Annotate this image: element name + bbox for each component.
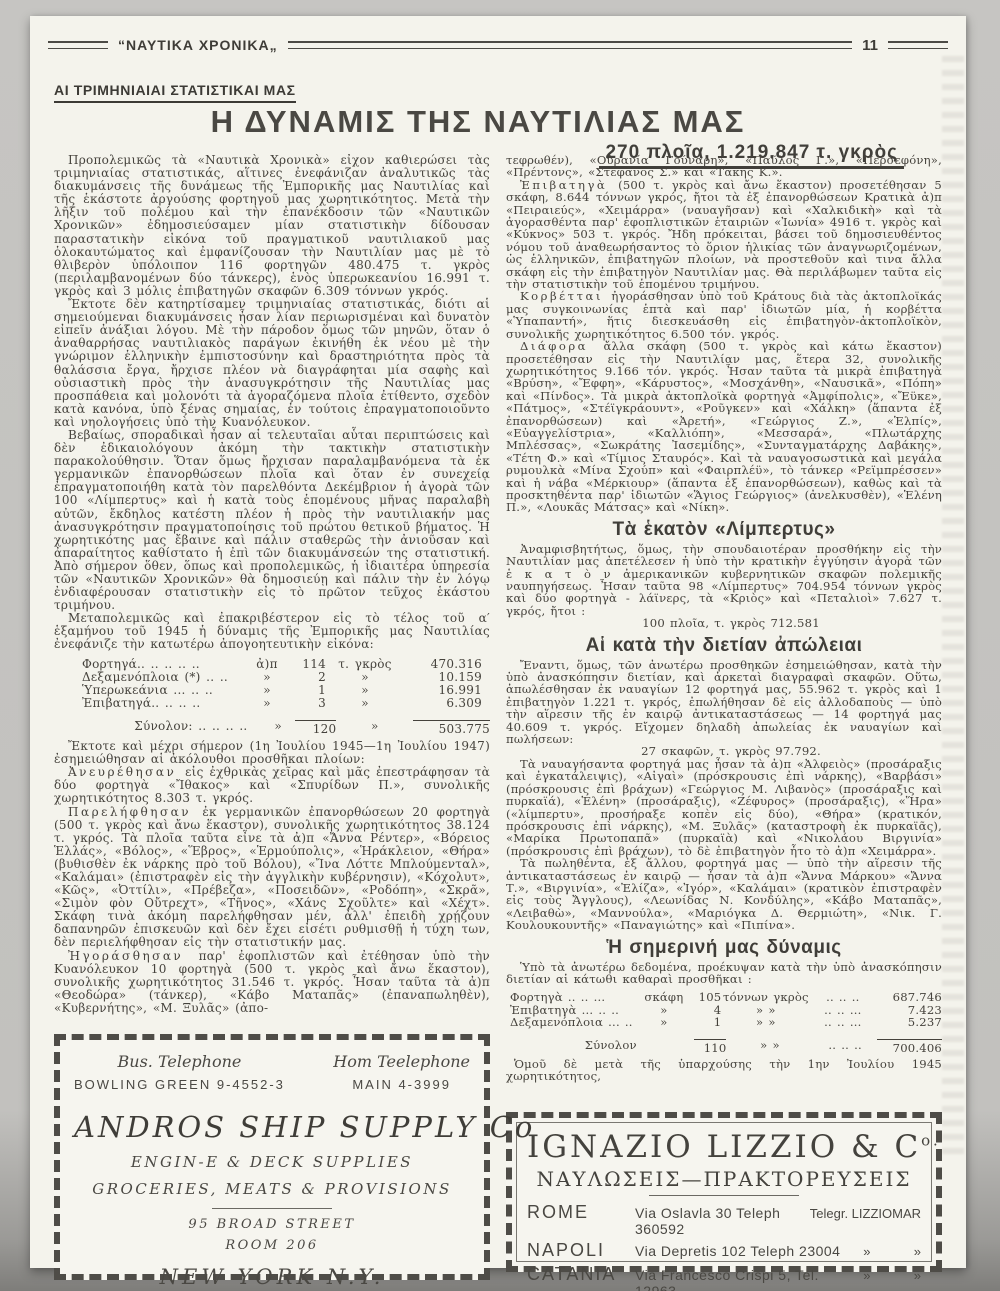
advertiser-name: IGNAZIO LIZZIO & Co.	[527, 1129, 921, 1165]
ad-address: ROOM 206	[74, 1238, 470, 1253]
article-body: Προπολεμικῶς τὰ «Ναυτικὰ Χρονικὰ» εἶχον …	[54, 154, 942, 1280]
lead-word: Παρελήφθησαν	[68, 805, 194, 819]
row-label: Ἐπιβατηγά.. .. .. ..	[82, 697, 250, 710]
total-unit2: »	[336, 720, 413, 736]
office-city: CATANIA	[527, 1264, 635, 1285]
row-unit2: τ. γκρὸς	[326, 658, 404, 671]
paragraph: Ἐπιβατηγὰ (500 τ. γκρὸς καὶ ἄνω ἕκαστον)…	[506, 179, 942, 291]
ad-office-row: ROME Via Oslavla 30 Teleph 360592 Telegr…	[527, 1202, 921, 1237]
row-value: 10.159	[404, 671, 482, 684]
row-count: 3	[284, 697, 326, 710]
row-count: 114	[284, 658, 326, 671]
table-row: Φορτηγά.. .. .. .. .. ἀ)π 114 τ. γκρὸς 4…	[82, 658, 490, 671]
paragraph: Ὑπὸ τὰ ἀνωτέρω δεδομένα, προέκυψαν κατὰ …	[506, 961, 942, 986]
section-heading-today: Ἡ σημερινή μας δύναμις	[506, 937, 942, 958]
paragraph: Ἀνευρέθησαν εἰς ἐχθρικὰς χεῖρας καὶ μᾶς …	[54, 766, 490, 805]
row-unit2: »	[326, 671, 404, 684]
paragraph: Μεταπολεμικῶς καὶ ἐπακριβέστερον εἰς τὸ …	[54, 612, 490, 651]
row-unit: σκάφη	[640, 991, 688, 1003]
section-heading-liberty: Τὰ ἑκατὸν «Λίμπερτυς»	[506, 519, 942, 540]
row-label: Ὑπερωκεάνια ... .. ..	[82, 684, 250, 697]
net-additions-table: Φορτηγὰ .. .. ... σκάφη 105 τόννων γκρὸς…	[510, 991, 942, 1054]
publication-title: “ΝΑΥΤΙΚΑ ΧΡΟΝΙΚΑ„	[118, 37, 278, 53]
masthead-rule	[48, 41, 108, 49]
row-unit2: »	[326, 684, 404, 697]
section-kicker: ΑΙ ΤΡΙΜΗΝΙΑΙΑΙ ΣΤΑΤΙΣΤΙΚΑΙ ΜΑΣ	[54, 82, 296, 103]
paragraph: Ὁμοῦ δὲ μετὰ τῆς ὑπαρχούσης τὴν 1ην Ἰουλ…	[506, 1058, 942, 1083]
ad-tagline: GROCERIES, MEATS & PROVISIONS	[74, 1180, 470, 1198]
divider	[212, 1208, 332, 1209]
paragraph-text: (500 τ. γκρὸς καὶ ἄνω ἕκαστον) προσετέθη…	[506, 178, 942, 291]
total-unit2: » »	[726, 1039, 813, 1054]
left-column: Προπολεμικῶς τὰ «Ναυτικὰ Χρονικὰ» εἶχον …	[54, 154, 490, 1280]
advertiser-name-sup: o.	[921, 1132, 941, 1150]
total-label: Σύνολον	[510, 1039, 647, 1054]
table-row: Δεξαμενόπλοια ... .. » 1 » » .. .. ... 5…	[510, 1016, 942, 1028]
office-city: NAPOLI	[527, 1240, 635, 1261]
ad-inner-frame: IGNAZIO LIZZIO & Co. ΝΑΥΛΩΣΕΙΣ—ΠΡΑΚΤΟΡΕΥ…	[516, 1122, 932, 1262]
row-label: Δεξαμενόπλοια ... ..	[510, 1016, 640, 1028]
paragraph: Ἔκτοτε δὲν κατηρτίσαμεν τριμηνιαίας στατ…	[54, 298, 490, 429]
row-unit: »	[250, 671, 284, 684]
lead-word: Ἀνευρέθησαν	[68, 765, 179, 779]
paragraph: Κορβέτται ἠγοράσθησαν ὑπὸ τοῦ Κράτους δι…	[506, 290, 942, 340]
paragraph: Τὰ πωληθέντα, ἐξ ἄλλου, φορτηγά μας — ὑπ…	[506, 857, 942, 931]
table-total-row: Σύνολον: .. .. .. .. » 120 » 503.775	[82, 720, 490, 736]
page-number: 11	[862, 37, 878, 54]
row-unit: »	[250, 697, 284, 710]
advertiser-name: ANDROS SHIP SUPPLY Co	[74, 1110, 470, 1144]
row-label: Φορτηγά.. .. .. .. ..	[82, 658, 250, 671]
total-count: 110	[694, 1039, 727, 1054]
row-count: 2	[284, 671, 326, 684]
andros-ship-supply-ad: Bus. Telephone BOWLING GREEN 9-4552-3 Ho…	[54, 1034, 490, 1280]
paragraph: Τὰ ναυαγήσαντα φορτηγά μας ἦσαν τὰ ἀ)π «…	[506, 758, 942, 857]
phone-label: Bus. Telephone	[74, 1052, 285, 1071]
row-value: 687.746	[875, 991, 942, 1003]
office-telegraph: Telegr. LIZZIOMAR	[810, 1206, 921, 1221]
office-detail: Via Oslavla 30 Teleph 360592	[635, 1205, 810, 1237]
paragraph: τεφρωθέν), «Οὐρανία Γούναρη», «Παῦλος Γ.…	[506, 154, 942, 179]
row-dots: .. .. ..	[810, 991, 875, 1003]
paragraph-text: ἄλλα σκάφη (500 τ. γκρὸς καὶ κάτω ἕκαστο…	[506, 339, 942, 514]
row-label: Δεξαμενόπλοια (*) .. ..	[82, 671, 250, 684]
row-value: 5.237	[875, 1016, 942, 1028]
losses-total-line: 27 σκαφῶν, τ. γκρὸς 97.792.	[506, 745, 942, 757]
paragraph-text: ἐκ γερμανικῶν ἐπανορθώσεων 20 φορτηγὰ (5…	[54, 805, 490, 950]
total-label: Σύνολον: .. .. .. ..	[82, 720, 261, 736]
office-detail: Via Depretis 102 Teleph 23004	[635, 1243, 863, 1259]
print-through-artifact	[942, 56, 964, 1156]
table-row: Ἐπιβατηγά.. .. .. .. » 3 » 6.309	[82, 697, 490, 710]
table-total-row: Σύνολον 110 » » .. .. .. 700.406	[510, 1039, 942, 1054]
row-unit: »	[640, 1016, 688, 1028]
right-column: τεφρωθέν), «Οὐρανία Γούναρη», «Παῦλος Γ.…	[506, 154, 942, 1280]
row-value: 470.316	[404, 658, 482, 671]
article-headline: Η ΔΥΝΑΜΙΣ ΤΗΣ ΝΑΥΤΙΛΙΑΣ ΜΑΣ	[30, 104, 926, 140]
section-heading-losses: Αἱ κατὰ τὴν διετίαν ἀπώλειαι	[506, 635, 942, 656]
ad-office-row: NAPOLI Via Depretis 102 Teleph 23004 » »	[527, 1240, 921, 1261]
magazine-page: “ΝΑΥΤΙΚΑ ΧΡΟΝΙΚΑ„ 11 ΑΙ ΤΡΙΜΗΝΙΑΙΑΙ ΣΤΑΤ…	[30, 16, 966, 1268]
table-row: Φορτηγὰ .. .. ... σκάφη 105 τόννων γκρὸς…	[510, 991, 942, 1003]
paragraph: Ἔκτοτε καὶ μέχρι σήμερον (1η Ἰουλίου 194…	[54, 740, 490, 766]
total-value: 503.775	[413, 720, 490, 736]
table-row: Δεξαμενόπλοια (*) .. .. » 2 » 10.159	[82, 671, 490, 684]
row-unit: ἀ)π	[250, 658, 284, 671]
right-column-text: τεφρωθέν), «Οὐρανία Γούναρη», «Παῦλος Γ.…	[506, 154, 942, 1100]
left-column-text: Προπολεμικῶς τὰ «Ναυτικὰ Χρονικὰ» εἶχον …	[54, 154, 490, 1020]
ad-city: NEW YORK N.Y.	[74, 1265, 470, 1289]
liberty-total-line: 100 πλοῖα, τ. γκρὸς 712.581	[506, 617, 942, 629]
fleet-1945-table: Φορτηγά.. .. .. .. .. ἀ)π 114 τ. γκρὸς 4…	[82, 658, 490, 736]
office-telegraph: » »	[863, 1268, 921, 1283]
advertiser-name-text: IGNAZIO LIZZIO & C	[527, 1129, 921, 1165]
business-phone: Bus. Telephone BOWLING GREEN 9-4552-3	[74, 1052, 285, 1092]
masthead: “ΝΑΥΤΙΚΑ ΧΡΟΝΙΚΑ„ 11	[48, 36, 948, 54]
phone-number: MAIN 4-3999	[333, 1077, 470, 1092]
ad-address: 95 BROAD STREET	[74, 1217, 470, 1232]
row-unit: »	[250, 684, 284, 697]
row-unit2: τόννων γκρὸς	[721, 991, 810, 1003]
paragraph: Διάφορα ἄλλα σκάφη (500 τ. γκρὸς καὶ κάτ…	[506, 340, 942, 514]
total-unit	[647, 1039, 694, 1054]
ignazio-lizzio-ad: IGNAZIO LIZZIO & Co. ΝΑΥΛΩΣΕΙΣ—ΠΡΑΚΤΟΡΕΥ…	[506, 1112, 942, 1272]
office-city: ROME	[527, 1202, 635, 1223]
row-count: 1	[284, 684, 326, 697]
total-count: 120	[295, 720, 336, 736]
phone-number: BOWLING GREEN 9-4552-3	[74, 1077, 285, 1092]
row-unit2: »	[326, 697, 404, 710]
ad-tagline: ENGIN-E & DECK SUPPLIES	[74, 1153, 470, 1171]
row-dots: .. .. ...	[810, 1016, 875, 1028]
total-dots: .. .. ..	[813, 1039, 876, 1054]
row-count: 1	[688, 1016, 721, 1028]
masthead-rule	[888, 41, 948, 49]
row-label: Φορτηγὰ .. .. ...	[510, 991, 640, 1003]
paragraph: Ἔναντι, ὅμως, τῶν ἀνωτέρω προσθηκῶν ἐσημ…	[506, 659, 942, 746]
table-row: Ὑπερωκεάνια ... .. .. » 1 » 16.991	[82, 684, 490, 697]
row-unit2: » »	[721, 1016, 810, 1028]
row-value: 6.309	[404, 697, 482, 710]
paragraph: Ἠγοράσθησαν παρ' ἐφοπλιστῶν καὶ ἐτέθησαν…	[54, 950, 490, 1015]
row-value: 16.991	[404, 684, 482, 697]
office-telegraph: » »	[863, 1244, 921, 1259]
paragraph: Βεβαίως, σποραδικαὶ ἦσαν αἱ τελευταῖαι α…	[54, 429, 490, 612]
office-detail: Via Francesco Crispi 5, Tel. 12963	[635, 1267, 863, 1291]
row-count: 105	[688, 991, 721, 1003]
divider	[649, 1195, 799, 1196]
paragraph: Ἀναμφισβητήτως, ὅμως, τὴν σπουδαιοτέραν …	[506, 543, 942, 617]
total-unit: »	[261, 720, 294, 736]
ad-subtitle: ΝΑΥΛΩΣΕΙΣ—ΠΡΑΚΤΟΡΕΥΣΕΙΣ	[527, 1167, 921, 1191]
home-phone: Hom Teelephone MAIN 4-3999	[333, 1052, 470, 1092]
paragraph: Παρελήφθησαν ἐκ γερμανικῶν ἐπανορθώσεων …	[54, 806, 490, 950]
masthead-rule	[288, 41, 853, 49]
ad-phone-row: Bus. Telephone BOWLING GREEN 9-4552-3 Ho…	[74, 1052, 470, 1092]
phone-label: Hom Teelephone	[333, 1052, 470, 1071]
lead-word: Ἠγοράσθησαν	[68, 949, 186, 963]
ad-office-row: CATANIA Via Francesco Crispi 5, Tel. 129…	[527, 1264, 921, 1291]
paragraph: Προπολεμικῶς τὰ «Ναυτικὰ Χρονικὰ» εἶχον …	[54, 154, 490, 298]
total-value: 700.406	[877, 1039, 942, 1054]
